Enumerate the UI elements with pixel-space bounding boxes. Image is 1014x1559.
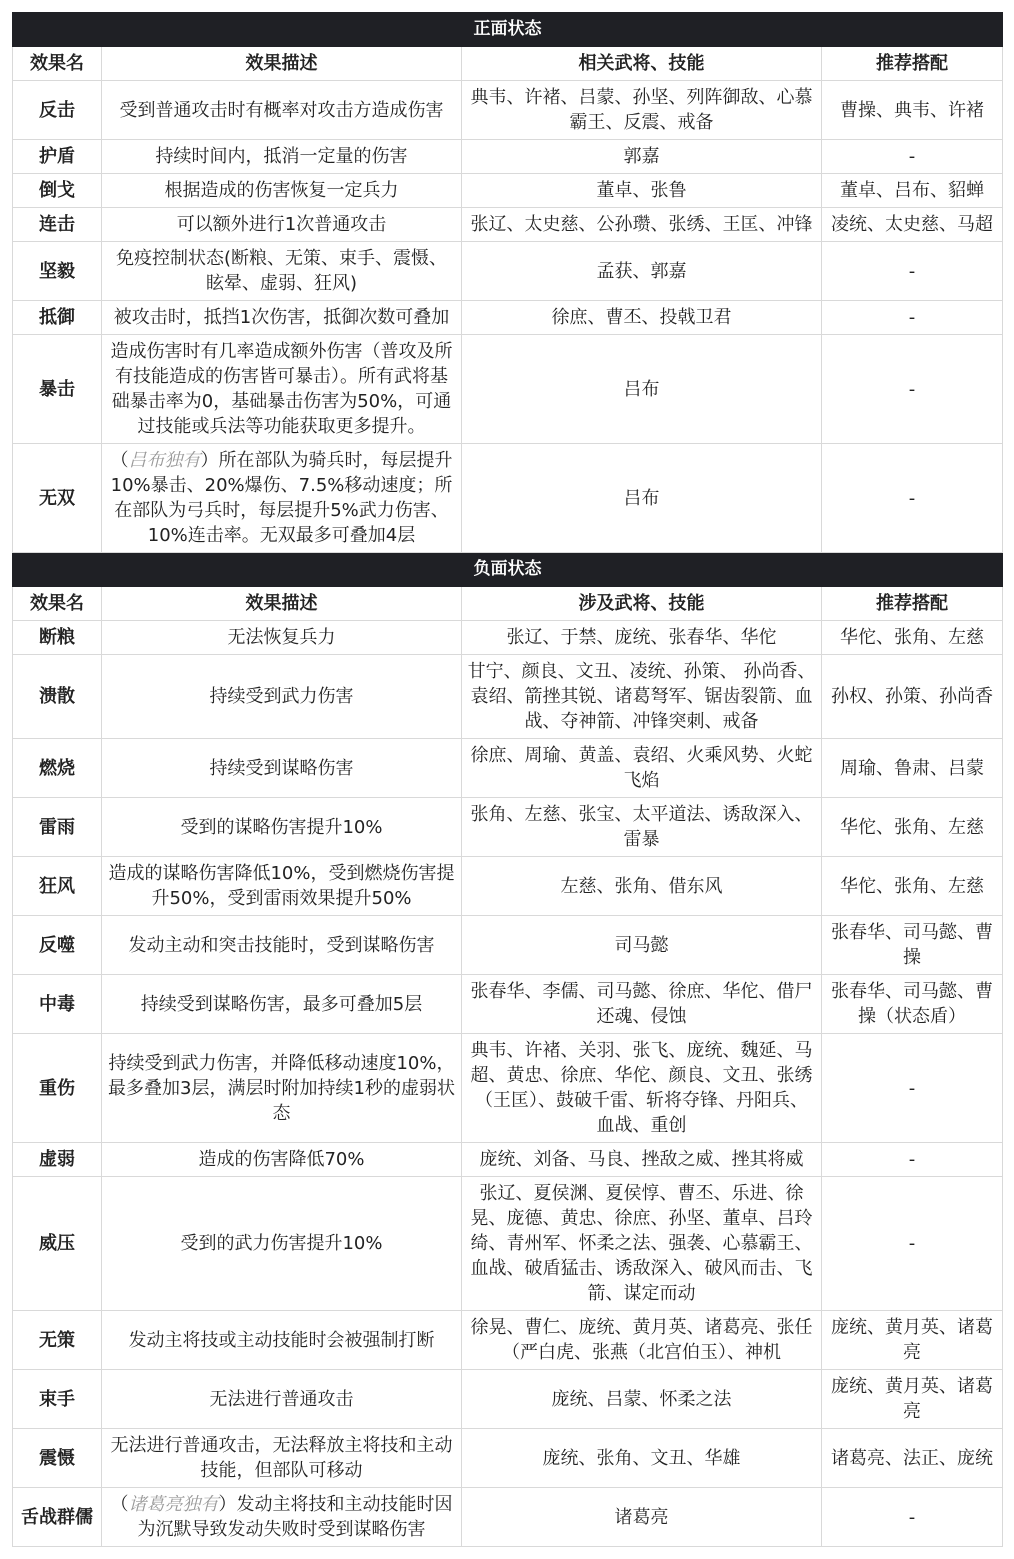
table-row: 抵御 被攻击时，抵挡1次伤害，抵御次数可叠加 徐庶、曹丕、投戟卫君 -	[13, 301, 1003, 335]
effect-description: 无法进行普通攻击	[102, 1370, 462, 1429]
column-header-recommended: 推荐搭配	[822, 587, 1003, 621]
related-generals-skills: 司马懿	[462, 916, 822, 975]
column-header-effect-name: 效果名	[13, 587, 102, 621]
related-generals-skills: 张辽、于禁、庞统、张春华、华佗	[462, 621, 822, 655]
table-row: 断粮 无法恢复兵力 张辽、于禁、庞统、张春华、华佗 华佗、张角、左慈	[13, 621, 1003, 655]
effect-name: 倒戈	[13, 174, 102, 208]
table-row: 无策 发动主将技或主动技能时会被强制打断 徐晃、曹仁、庞统、黄月英、诸葛亮、张任…	[13, 1311, 1003, 1370]
effect-name: 束手	[13, 1370, 102, 1429]
effect-name: 抵御	[13, 301, 102, 335]
recommended-combo: 庞统、黄月英、诸葛亮	[822, 1370, 1003, 1429]
table-row: 护盾 持续时间内，抵消一定量的伤害 郭嘉 -	[13, 140, 1003, 174]
effect-description: （吕布独有）所在部队为骑兵时，每层提升10%暴击、20%爆伤、7.5%移动速度；…	[102, 444, 462, 553]
section-title-negative: 负面状态	[13, 553, 1003, 587]
related-generals-skills: 吕布	[462, 444, 822, 553]
related-generals-skills: 庞统、张角、文丑、华雄	[462, 1429, 822, 1488]
table-row: 虚弱 造成的伤害降低70% 庞统、刘备、马良、挫敌之威、挫其将威 -	[13, 1143, 1003, 1177]
effect-description: 根据造成的伤害恢复一定兵力	[102, 174, 462, 208]
description-open-paren: （	[111, 450, 129, 471]
effect-name: 震慑	[13, 1429, 102, 1488]
effect-name: 无双	[13, 444, 102, 553]
column-header-description: 效果描述	[102, 47, 462, 81]
table-row: 反噬 发动主动和突击技能时，受到谋略伤害 司马懿 张春华、司马懿、曹操	[13, 916, 1003, 975]
related-generals-skills: 庞统、吕蒙、怀柔之法	[462, 1370, 822, 1429]
recommended-combo: -	[822, 1177, 1003, 1311]
recommended-combo: 凌统、太史慈、马超	[822, 208, 1003, 242]
recommended-combo: 张春华、司马懿、曹操（状态盾）	[822, 975, 1003, 1034]
effect-name: 雷雨	[13, 798, 102, 857]
effect-description: 持续受到谋略伤害	[102, 739, 462, 798]
related-generals-skills: 张辽、太史慈、公孙瓒、张绣、王匡、冲锋	[462, 208, 822, 242]
table-row: 倒戈 根据造成的伤害恢复一定兵力 董卓、张鲁 董卓、吕布、貂蝉	[13, 174, 1003, 208]
effect-name: 重伤	[13, 1034, 102, 1143]
effect-description: 发动主将技或主动技能时会被强制打断	[102, 1311, 462, 1370]
recommended-combo: 曹操、典韦、许褚	[822, 81, 1003, 140]
section-title-bar: 正面状态	[13, 13, 1003, 47]
section-title-bar: 负面状态	[13, 553, 1003, 587]
related-generals-skills: 典韦、许褚、吕蒙、孙坚、列阵御敌、心慕霸王、反震、戒备	[462, 81, 822, 140]
effect-description: 免疫控制状态(断粮、无策、束手、震慑、眩晕、虚弱、狂风)	[102, 242, 462, 301]
effect-description: 无法进行普通攻击，无法释放主将技和主动技能，但部队可移动	[102, 1429, 462, 1488]
effect-name: 狂风	[13, 857, 102, 916]
related-generals-skills: 典韦、许褚、关羽、张飞、庞统、魏延、马超、黄忠、徐庶、华佗、颜良、文丑、张绣（王…	[462, 1034, 822, 1143]
column-header-related: 相关武将、技能	[462, 47, 822, 81]
effect-name: 溃散	[13, 655, 102, 739]
related-generals-skills: 甘宁、颜良、文丑、凌统、孙策、 孙尚香、袁绍、箭挫其锐、诸葛弩军、锯齿裂箭、血战…	[462, 655, 822, 739]
effect-name: 威压	[13, 1177, 102, 1311]
effect-description: 受到的谋略伤害提升10%	[102, 798, 462, 857]
recommended-combo: -	[822, 335, 1003, 444]
effect-name: 暴击	[13, 335, 102, 444]
column-header-recommended: 推荐搭配	[822, 47, 1003, 81]
effect-name: 反噬	[13, 916, 102, 975]
effect-description: 造成的伤害降低70%	[102, 1143, 462, 1177]
effect-description: 受到普通攻击时有概率对攻击方造成伤害	[102, 81, 462, 140]
related-generals-skills: 张角、左慈、张宝、太平道法、诱敌深入、雷暴	[462, 798, 822, 857]
status-effects-table: 正面状态 效果名 效果描述 相关武将、技能 推荐搭配 反击 受到普通攻击时有概率…	[12, 12, 1003, 1547]
positive-section: 正面状态 效果名 效果描述 相关武将、技能 推荐搭配 反击 受到普通攻击时有概率…	[13, 13, 1003, 553]
effect-name: 连击	[13, 208, 102, 242]
table-row: 溃散 持续受到武力伤害 甘宁、颜良、文丑、凌统、孙策、 孙尚香、袁绍、箭挫其锐、…	[13, 655, 1003, 739]
recommended-combo: 华佗、张角、左慈	[822, 857, 1003, 916]
recommended-combo: -	[822, 1143, 1003, 1177]
recommended-combo: 董卓、吕布、貂蝉	[822, 174, 1003, 208]
recommended-combo: 华佗、张角、左慈	[822, 621, 1003, 655]
effect-description: 造成伤害时有几率造成额外伤害（普攻及所有技能造成的伤害皆可暴击）。所有武将基础暴…	[102, 335, 462, 444]
effect-description: 持续受到武力伤害，并降低移动速度10%，最多叠加3层，满层时附加持续1秒的虚弱状…	[102, 1034, 462, 1143]
effect-description: 持续时间内，抵消一定量的伤害	[102, 140, 462, 174]
recommended-combo: 周瑜、鲁肃、吕蒙	[822, 739, 1003, 798]
table-row: 狂风 造成的谋略伤害降低10%，受到燃烧伤害提升50%，受到雷雨效果提升50% …	[13, 857, 1003, 916]
related-generals-skills: 庞统、刘备、马良、挫敌之威、挫其将威	[462, 1143, 822, 1177]
recommended-combo: 孙权、孙策、孙尚香	[822, 655, 1003, 739]
related-generals-skills: 董卓、张鲁	[462, 174, 822, 208]
effect-name: 无策	[13, 1311, 102, 1370]
table-row: 暴击 造成伤害时有几率造成额外伤害（普攻及所有技能造成的伤害皆可暴击）。所有武将…	[13, 335, 1003, 444]
effect-description: 持续受到谋略伤害，最多可叠加5层	[102, 975, 462, 1034]
table-row: 无双 （吕布独有）所在部队为骑兵时，每层提升10%暴击、20%爆伤、7.5%移动…	[13, 444, 1003, 553]
effect-description: 持续受到武力伤害	[102, 655, 462, 739]
negative-section: 负面状态 效果名 效果描述 涉及武将、技能 推荐搭配 断粮 无法恢复兵力 张辽、…	[13, 553, 1003, 1547]
effect-name: 反击	[13, 81, 102, 140]
related-generals-skills: 徐庶、曹丕、投戟卫君	[462, 301, 822, 335]
effect-name: 断粮	[13, 621, 102, 655]
table-row: 燃烧 持续受到谋略伤害 徐庶、周瑜、黄盖、袁绍、火乘风势、火蛇飞焰 周瑜、鲁肃、…	[13, 739, 1003, 798]
recommended-combo: -	[822, 301, 1003, 335]
section-title-positive: 正面状态	[13, 13, 1003, 47]
table-row: 雷雨 受到的谋略伤害提升10% 张角、左慈、张宝、太平道法、诱敌深入、雷暴 华佗…	[13, 798, 1003, 857]
table-row: 坚毅 免疫控制状态(断粮、无策、束手、震慑、眩晕、虚弱、狂风) 孟获、郭嘉 -	[13, 242, 1003, 301]
recommended-combo: -	[822, 242, 1003, 301]
exclusive-note: 吕布独有	[129, 450, 201, 471]
effect-name: 中毒	[13, 975, 102, 1034]
recommended-combo: -	[822, 1034, 1003, 1143]
table-header-row: 效果名 效果描述 相关武将、技能 推荐搭配	[13, 47, 1003, 81]
table-row: 威压 受到的武力伤害提升10% 张辽、夏侯渊、夏侯惇、曹丕、乐进、徐晃、庞德、黄…	[13, 1177, 1003, 1311]
recommended-combo: -	[822, 1488, 1003, 1547]
table-row: 束手 无法进行普通攻击 庞统、吕蒙、怀柔之法 庞统、黄月英、诸葛亮	[13, 1370, 1003, 1429]
related-generals-skills: 左慈、张角、借东风	[462, 857, 822, 916]
table-header-row: 效果名 效果描述 涉及武将、技能 推荐搭配	[13, 587, 1003, 621]
effect-name: 坚毅	[13, 242, 102, 301]
exclusive-note: 诸葛亮独有	[129, 1494, 219, 1515]
effect-name: 舌战群儒	[13, 1488, 102, 1547]
table-row: 重伤 持续受到武力伤害，并降低移动速度10%，最多叠加3层，满层时附加持续1秒的…	[13, 1034, 1003, 1143]
recommended-combo: -	[822, 140, 1003, 174]
table-row: 震慑 无法进行普通攻击，无法释放主将技和主动技能，但部队可移动 庞统、张角、文丑…	[13, 1429, 1003, 1488]
column-header-effect-name: 效果名	[13, 47, 102, 81]
related-generals-skills: 张春华、李儒、司马懿、徐庶、华佗、借尸还魂、侵蚀	[462, 975, 822, 1034]
table-row: 反击 受到普通攻击时有概率对攻击方造成伤害 典韦、许褚、吕蒙、孙坚、列阵御敌、心…	[13, 81, 1003, 140]
effect-name: 燃烧	[13, 739, 102, 798]
description-open-paren: （	[111, 1494, 129, 1515]
recommended-combo: 诸葛亮、法正、庞统	[822, 1429, 1003, 1488]
effect-description: 可以额外进行1次普通攻击	[102, 208, 462, 242]
related-generals-skills: 诸葛亮	[462, 1488, 822, 1547]
effect-description: 发动主动和突击技能时，受到谋略伤害	[102, 916, 462, 975]
related-generals-skills: 张辽、夏侯渊、夏侯惇、曹丕、乐进、徐晃、庞德、黄忠、徐庶、孙坚、董卓、吕玲绮、青…	[462, 1177, 822, 1311]
related-generals-skills: 徐晃、曹仁、庞统、黄月英、诸葛亮、张任（严白虎、张燕（北宫伯玉）、神机	[462, 1311, 822, 1370]
effect-description: 造成的谋略伤害降低10%，受到燃烧伤害提升50%，受到雷雨效果提升50%	[102, 857, 462, 916]
recommended-combo: -	[822, 444, 1003, 553]
column-header-description: 效果描述	[102, 587, 462, 621]
related-generals-skills: 孟获、郭嘉	[462, 242, 822, 301]
related-generals-skills: 吕布	[462, 335, 822, 444]
table-row: 中毒 持续受到谋略伤害，最多可叠加5层 张春华、李儒、司马懿、徐庶、华佗、借尸还…	[13, 975, 1003, 1034]
recommended-combo: 张春华、司马懿、曹操	[822, 916, 1003, 975]
related-generals-skills: 郭嘉	[462, 140, 822, 174]
recommended-combo: 华佗、张角、左慈	[822, 798, 1003, 857]
table-row: 舌战群儒 （诸葛亮独有）发动主将技和主动技能时因为沉默导致发动失败时受到谋略伤害…	[13, 1488, 1003, 1547]
effect-name: 虚弱	[13, 1143, 102, 1177]
table-row: 连击 可以额外进行1次普通攻击 张辽、太史慈、公孙瓒、张绣、王匡、冲锋 凌统、太…	[13, 208, 1003, 242]
effect-description: 受到的武力伤害提升10%	[102, 1177, 462, 1311]
recommended-combo: 庞统、黄月英、诸葛亮	[822, 1311, 1003, 1370]
effect-name: 护盾	[13, 140, 102, 174]
effect-description: 无法恢复兵力	[102, 621, 462, 655]
effect-description: （诸葛亮独有）发动主将技和主动技能时因为沉默导致发动失败时受到谋略伤害	[102, 1488, 462, 1547]
effect-description: 被攻击时，抵挡1次伤害，抵御次数可叠加	[102, 301, 462, 335]
related-generals-skills: 徐庶、周瑜、黄盖、袁绍、火乘风势、火蛇飞焰	[462, 739, 822, 798]
column-header-related: 涉及武将、技能	[462, 587, 822, 621]
